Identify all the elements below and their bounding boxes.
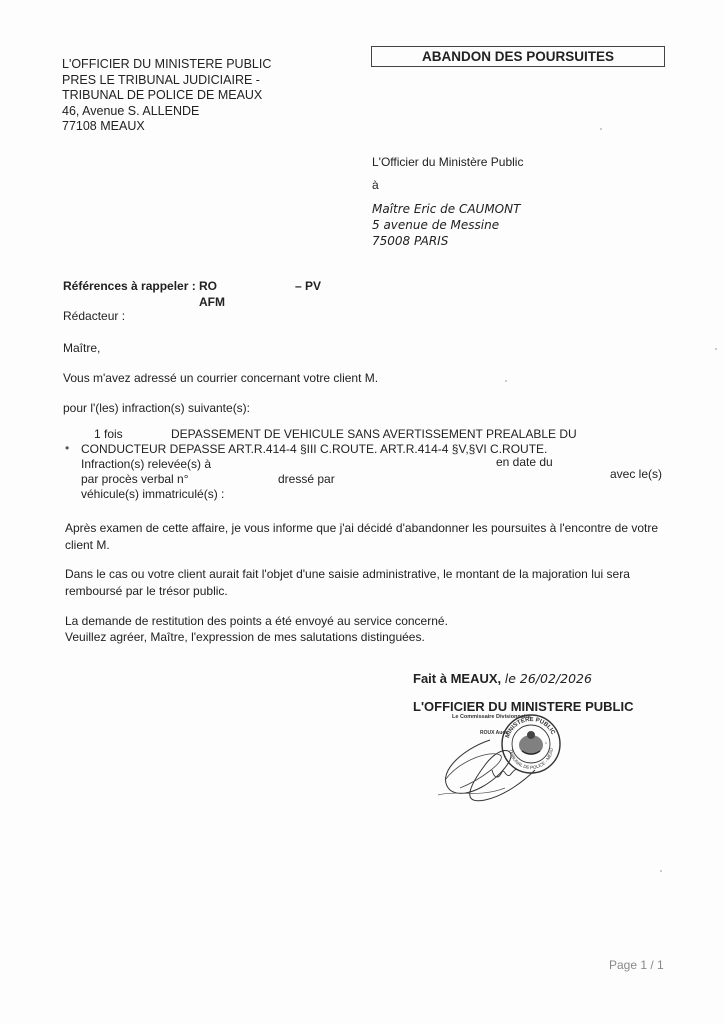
reference-afm: AFM <box>199 295 225 309</box>
paragraph-points: La demande de restitution des points a é… <box>65 613 685 630</box>
recipient-address: Maître Eric de CAUMONT 5 avenue de Messi… <box>372 201 523 249</box>
infraction-description-line2: CONDUCTEUR DEPASSE ART.R.414-4 §III C.RO… <box>81 442 547 456</box>
salutation: Maître, <box>63 341 100 355</box>
sender-line: L'OFFICIER DU MINISTERE PUBLIC <box>62 57 271 73</box>
document-title: ABANDON DES POURSUITES <box>371 46 665 67</box>
recipient-from: L'Officier du Ministère Public <box>372 155 523 169</box>
scan-speck <box>505 380 507 382</box>
infraction-vehicule-label: véhicule(s) immatriculé(s) : <box>81 487 224 501</box>
paragraph-decision: Après examen de cette affaire, je vous i… <box>65 520 685 554</box>
page-number: Page 1 / 1 <box>609 958 664 972</box>
signature-title: L'OFFICIER DU MINISTERE PUBLIC <box>413 699 633 714</box>
infraction-pv-label: par procès verbal n° <box>81 472 189 486</box>
bullet-icon: • <box>65 441 69 455</box>
scan-speck <box>600 128 602 130</box>
reference-pv: – PV <box>295 279 321 293</box>
scan-speck <box>545 742 547 744</box>
infraction-date-label: en date du <box>496 455 553 469</box>
signature-place-date: Fait à MEAUX, le 26/02/2026 <box>413 671 592 686</box>
scan-speck <box>660 870 662 872</box>
sender-line: 46, Avenue S. ALLENDE <box>62 104 271 120</box>
sender-line: TRIBUNAL DE POLICE DE MEAUX <box>62 88 271 104</box>
infraction-dresse-label: dressé par <box>278 472 335 486</box>
signature-date: le 26/02/2026 <box>505 671 592 686</box>
recipient-block: L'Officier du Ministère Public à Maître … <box>372 155 523 249</box>
recipient-name: Maître Eric de CAUMONT <box>372 201 523 217</box>
references-label: Références à rappeler : <box>63 279 196 293</box>
intro-text: Vous m'avez adressé un courrier concerna… <box>63 371 378 385</box>
sender-line: 77108 MEAUX <box>62 119 271 135</box>
infraction-count: 1 fois <box>94 427 123 441</box>
recipient-to-word: à <box>372 178 523 192</box>
paragraph-closing: Veuillez agréer, Maître, l'expression de… <box>65 629 685 646</box>
handwritten-signature-icon <box>430 720 550 810</box>
infraction-avec-label: avec le(s) <box>610 467 662 481</box>
infraction-releve-label: Infraction(s) relevée(s) à <box>81 457 211 471</box>
recipient-street: 5 avenue de Messine <box>372 217 523 233</box>
recipient-city: 75008 PARIS <box>372 233 523 249</box>
infraction-description-line1: DEPASSEMENT DE VEHICULE SANS AVERTISSEME… <box>171 427 577 441</box>
reference-ro: RO <box>199 279 217 293</box>
sender-line: PRES LE TRIBUNAL JUDICIAIRE - <box>62 73 271 89</box>
redacteur-label: Rédacteur : <box>63 309 125 323</box>
paragraph-majoration: Dans le cas ou votre client aurait fait … <box>65 566 685 600</box>
signature-place: Fait à MEAUX, <box>413 671 501 686</box>
scan-speck <box>715 348 717 350</box>
sender-address: L'OFFICIER DU MINISTERE PUBLIC PRES LE T… <box>62 57 271 135</box>
infractions-intro: pour l'(les) infraction(s) suivante(s): <box>63 401 250 415</box>
